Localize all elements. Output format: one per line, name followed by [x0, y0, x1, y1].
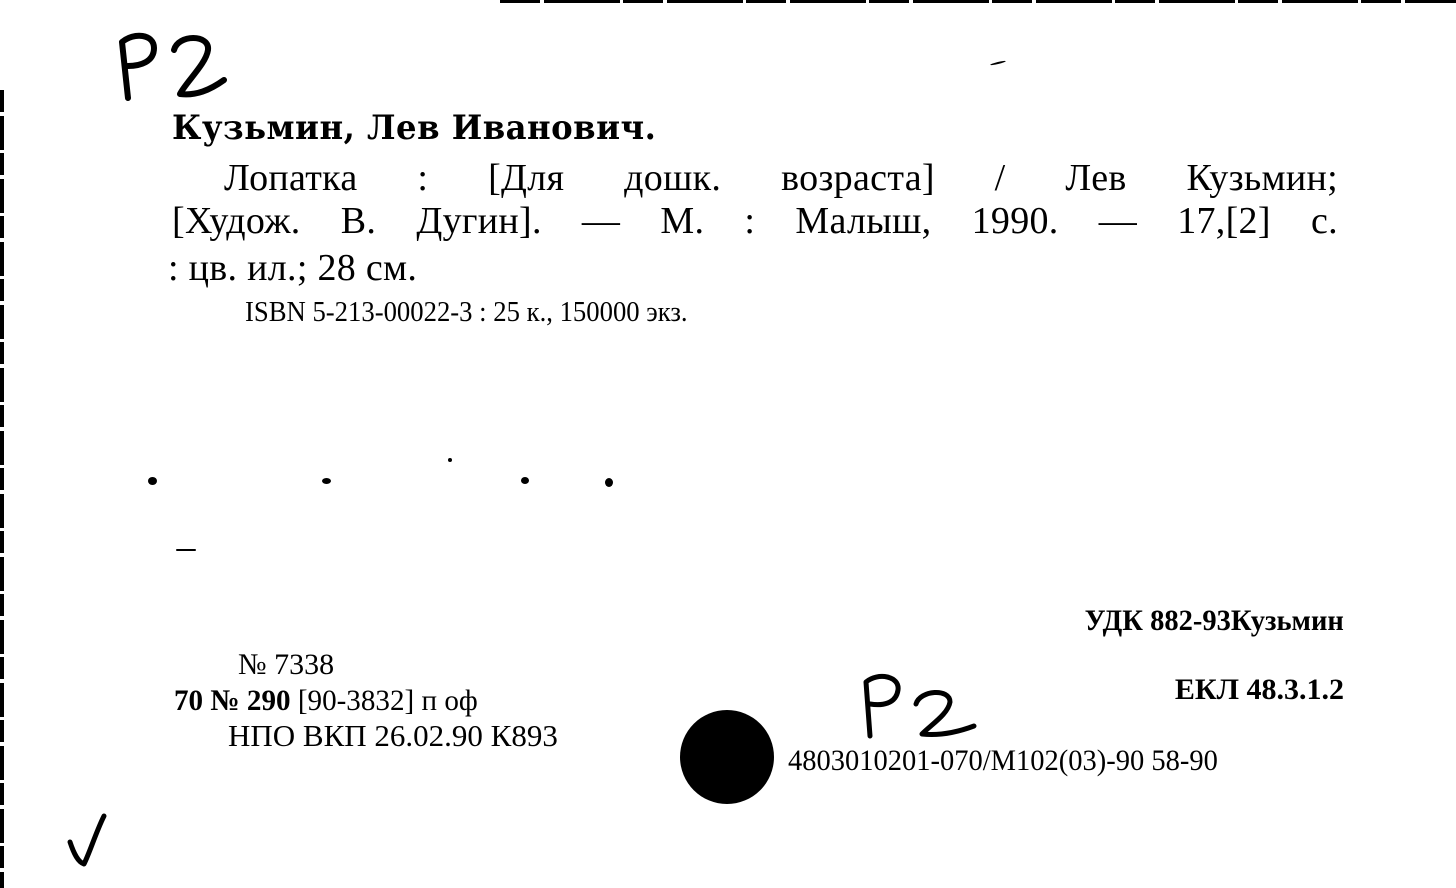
ink-speck — [521, 477, 529, 484]
word: Дугин]. — [416, 199, 541, 243]
word: с. — [1311, 199, 1338, 243]
author-heading: Кузьмин, Лев Иванович. — [172, 108, 656, 148]
word: : — [417, 156, 428, 200]
handwritten-mark-middle: P2 — [858, 668, 988, 748]
word: [Для — [488, 156, 564, 200]
classification-code: 4803010201-070/М102(03)-90 58-90 — [788, 744, 1218, 778]
print-info: 70 № 290 [90-3832] п оф — [174, 684, 478, 718]
ink-speck — [990, 60, 1006, 66]
word: [Худож. — [172, 199, 301, 243]
word: Кузьмин; — [1186, 156, 1338, 200]
catalog-card: P2 Кузьмин, Лев Иванович. Лопатка : [Для… — [0, 0, 1456, 888]
print-info-bold: 70 № 290 — [174, 684, 291, 717]
ink-speck — [448, 458, 452, 462]
word: — — [582, 199, 620, 243]
word: возраста] — [781, 156, 935, 200]
isbn-line: ISBN 5-213-00022-3 : 25 к., 150000 экз. — [245, 296, 688, 329]
word: М. — [660, 199, 704, 243]
word: / — [995, 156, 1006, 200]
word: : — [744, 199, 755, 243]
word: Лев — [1065, 156, 1126, 200]
ink-speck — [176, 549, 196, 551]
title-line-2: [Худож. В. Дугин]. — М. : Малыш, 1990. —… — [172, 199, 1338, 243]
physical-description: : цв. ил.; 28 см. — [168, 246, 417, 290]
ekl-code: ЕКЛ 48.3.1.2 — [1175, 673, 1344, 707]
word: Лопатка — [172, 156, 358, 200]
punch-hole-dot — [680, 710, 774, 804]
word: В. — [341, 199, 376, 243]
handwritten-mark-top: P2 — [110, 20, 240, 110]
card-number: № 7338 — [238, 648, 334, 682]
word: Малыш, — [795, 199, 931, 243]
udk-code: УДК 882-93Кузьмин — [1085, 604, 1344, 638]
ink-speck — [605, 478, 613, 487]
word: — — [1099, 199, 1137, 243]
card-top-edge-scan-artifact — [500, 0, 1456, 3]
publisher-line: НПО ВКП 26.02.90 К893 — [228, 718, 558, 754]
title-line-1: Лопатка : [Для дошк. возраста] / Лев Куз… — [172, 156, 1338, 200]
word: 17,[2] — [1177, 199, 1271, 243]
check-mark-icon: ✓ — [60, 808, 120, 878]
word: дошк. — [624, 156, 721, 200]
print-info-rest: [90-3832] п оф — [298, 684, 478, 717]
card-left-edge-scan-artifact — [0, 90, 4, 888]
ink-speck — [322, 478, 331, 484]
ink-speck — [148, 477, 157, 485]
word: 1990. — [972, 199, 1059, 243]
